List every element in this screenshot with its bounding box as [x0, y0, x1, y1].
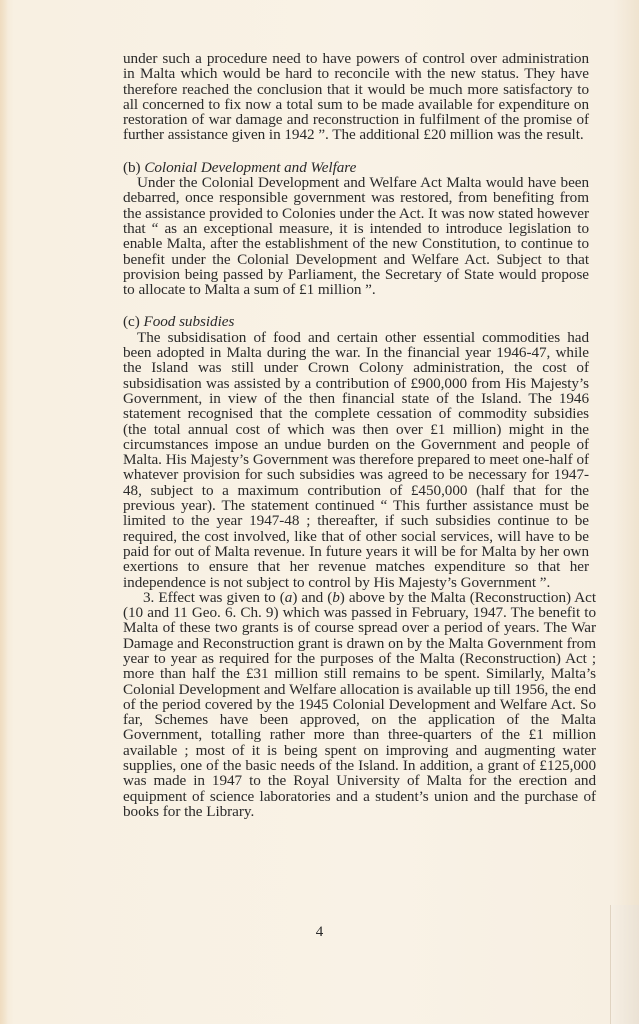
- section-marker: (c): [123, 313, 140, 330]
- section-body-b: Under the Colonial Development and Welfa…: [123, 175, 589, 297]
- section-title: Food subsidies: [143, 313, 234, 330]
- page-fold: [610, 905, 639, 1024]
- section-heading-c: (c) Food subsidies: [123, 314, 589, 329]
- paragraph-3: 3. Effect was given to (a) and (b) above…: [123, 590, 596, 819]
- section-heading-b: (b) Colonial Development and Welfare: [123, 160, 589, 175]
- paragraph-3-text: ) above by the Malta (Reconstruction) Ac…: [123, 589, 596, 820]
- body-text: under such a procedure need to have powe…: [123, 51, 589, 819]
- intro-paragraph: under such a procedure need to have powe…: [123, 51, 589, 143]
- page-number: 4: [0, 924, 639, 941]
- section-body-c: The subsidisation of food and certain ot…: [123, 330, 589, 590]
- scanned-page: under such a procedure need to have powe…: [0, 0, 639, 1024]
